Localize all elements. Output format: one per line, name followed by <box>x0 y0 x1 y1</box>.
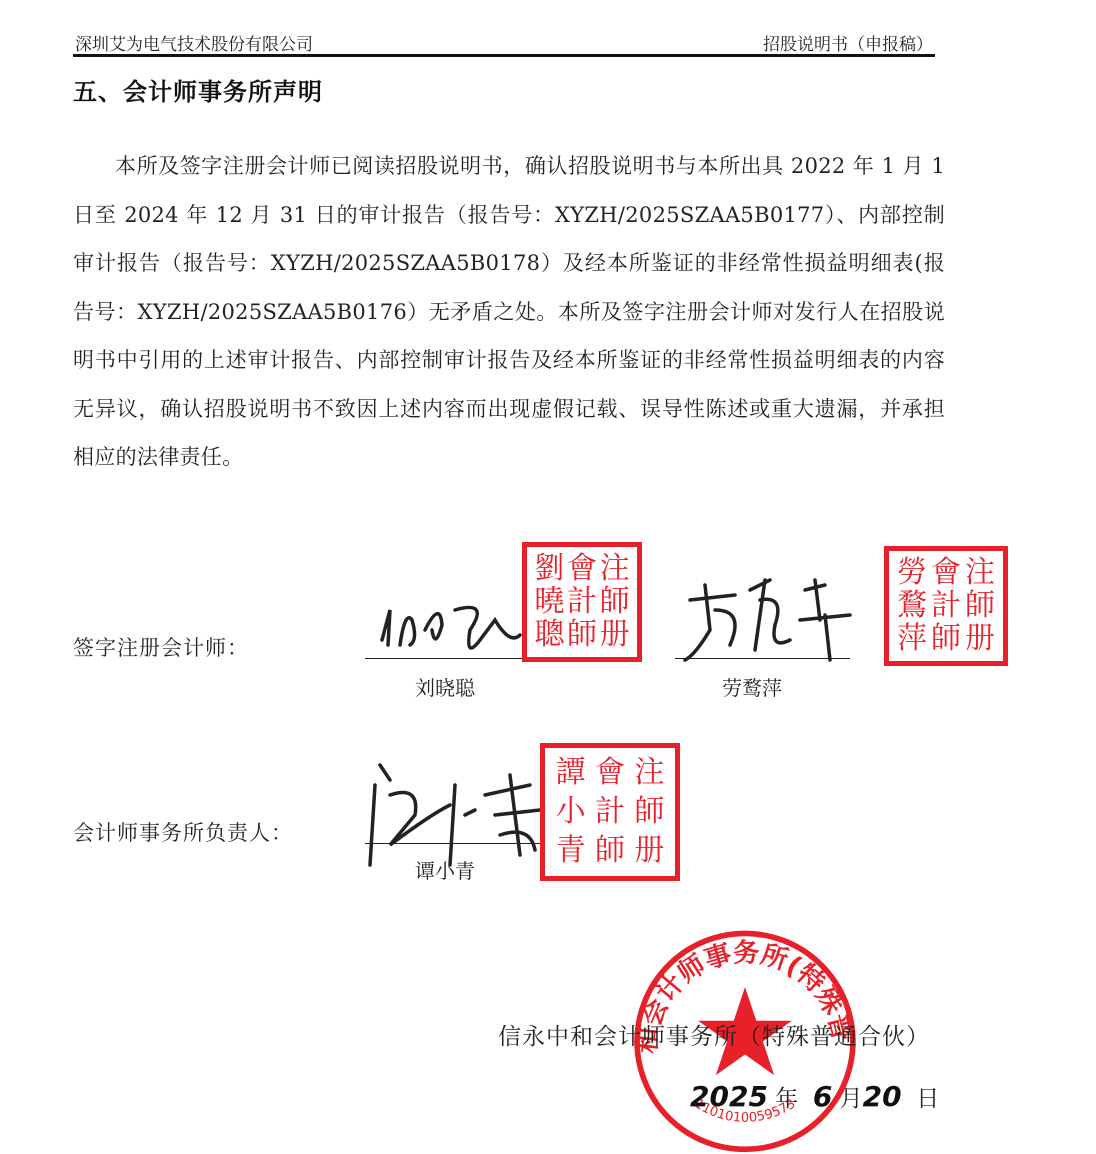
section-title: 五、会计师事务所声明 <box>73 72 323 107</box>
date-year: 2025 <box>690 1080 768 1113</box>
signature-line <box>675 658 850 659</box>
personal-seal-liu: 注會劉 師計曉 册師聰 <box>522 542 642 662</box>
date-day: 20 <box>863 1080 902 1113</box>
page-header: 深圳艾为电气技术股份有限公司 招股说明书（申报稿） <box>73 28 935 57</box>
declaration-paragraph: 本所及签字注册会计师已阅读招股说明书，确认招股说明书与本所出具 2022 年 1… <box>73 142 945 482</box>
signature-lao-wuping <box>675 570 865 670</box>
personal-seal-lao: 注會勞 師計鶩 册師萍 <box>884 546 1008 666</box>
signer-name: 劳鹜萍 <box>722 672 782 701</box>
firm-name: 信永中和会计师事务所（特殊普通合伙） <box>498 1018 930 1051</box>
signer-name: 谭小青 <box>415 855 475 884</box>
signing-date: 2025 年 6 月20 日 <box>690 1080 939 1113</box>
signature-line <box>365 658 540 659</box>
personal-seal-tan: 注會譚 師計小 册師青 <box>540 743 680 881</box>
date-month: 6 <box>813 1080 832 1113</box>
signature-line <box>365 843 540 844</box>
firm-head-label: 会计师事务所负责人： <box>73 817 293 847</box>
accountants-label: 签字注册会计师： <box>73 632 249 662</box>
header-doc-type: 招股说明书（申报稿） <box>763 30 933 55</box>
header-company: 深圳艾为电气技术股份有限公司 <box>75 30 313 55</box>
signer-name: 刘晓聪 <box>415 672 475 701</box>
